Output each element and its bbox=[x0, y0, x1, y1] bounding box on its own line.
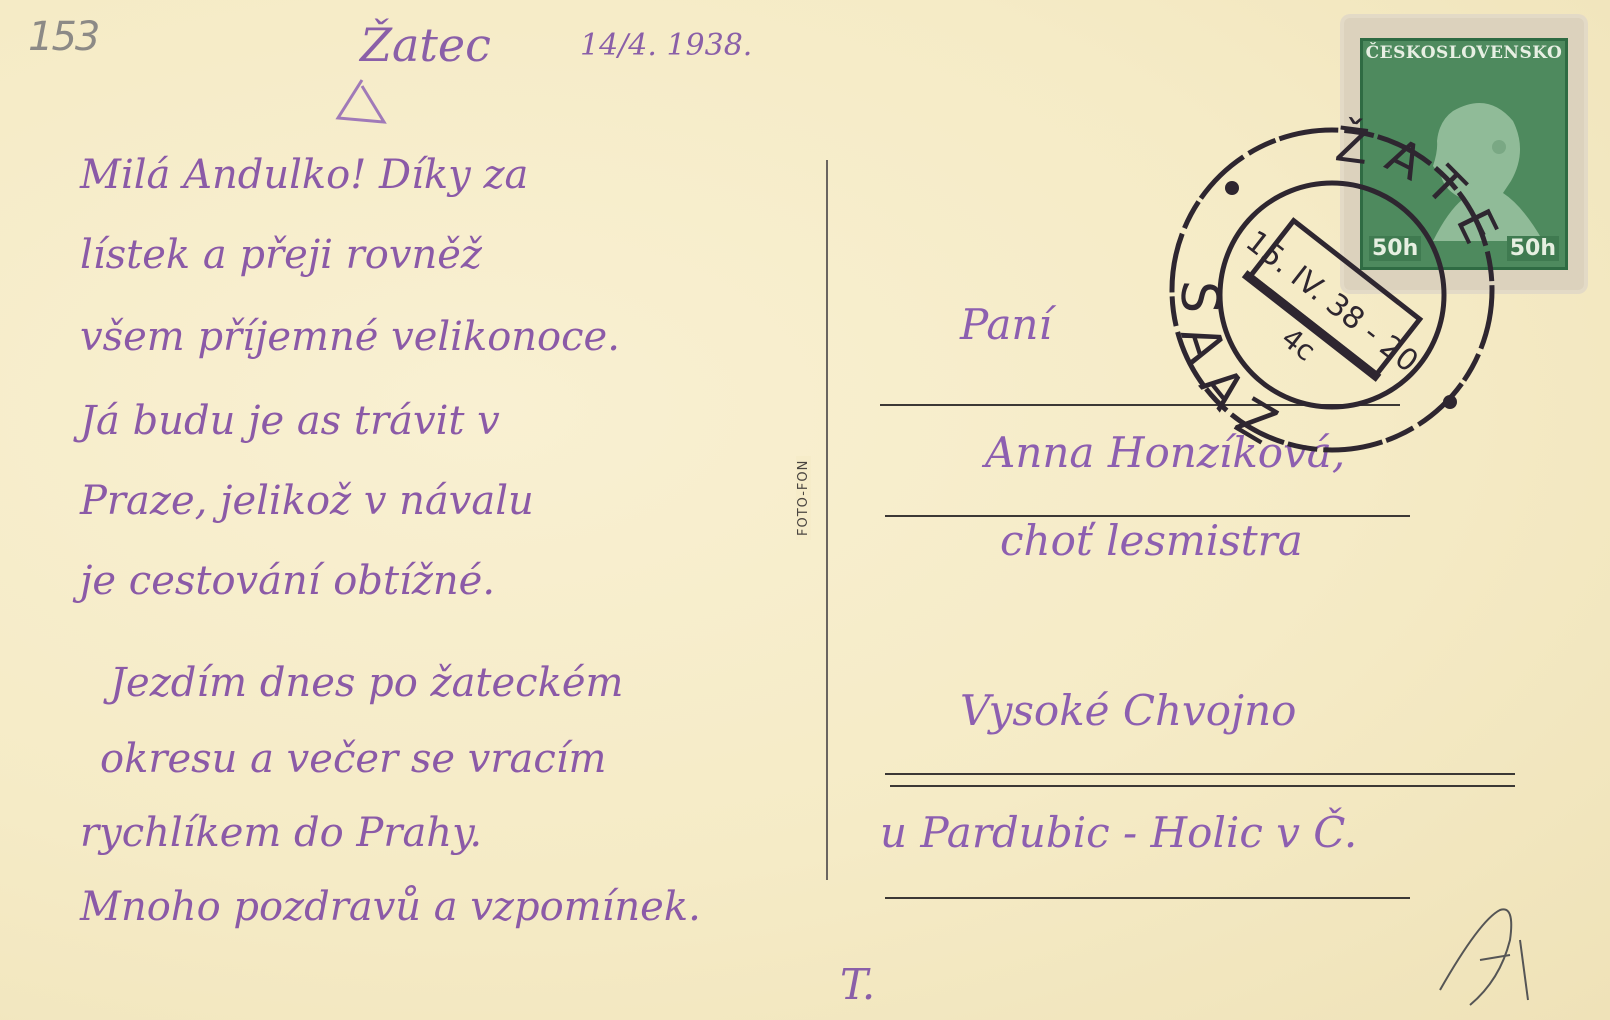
address-place: Vysoké Chvojno bbox=[960, 686, 1296, 735]
publisher-label: FOTO-FON bbox=[796, 456, 811, 540]
address-salutation: Paní bbox=[960, 300, 1052, 349]
stamp-value-right: 50h bbox=[1507, 236, 1559, 261]
message-line: lístek a přeji rovněž bbox=[80, 232, 482, 278]
message-line: Praze, jelikož v návalu bbox=[80, 478, 534, 524]
address-title: choť lesmistra bbox=[1000, 516, 1303, 565]
signature: T. bbox=[840, 960, 875, 1009]
message-line: Já budu je as trávit v bbox=[80, 398, 500, 444]
portrait-icon bbox=[1393, 81, 1543, 241]
monogram-icon bbox=[332, 78, 392, 128]
message-line: Milá Andulko! Díky za bbox=[80, 152, 528, 198]
address-rule bbox=[890, 785, 1515, 787]
pencil-mark-icon bbox=[1430, 900, 1540, 1010]
address-rule bbox=[885, 773, 1515, 775]
svg-text:4c: 4c bbox=[1275, 321, 1321, 367]
postcard-back: 153 Žatec 14/4. 1938. Milá Andulko! Díky… bbox=[0, 0, 1610, 1020]
stamp-country: ČESKOSLOVENSKO bbox=[1363, 43, 1565, 63]
address-name: Anna Honzíková, bbox=[985, 428, 1345, 477]
center-divider bbox=[826, 160, 828, 880]
message-line: je cestování obtížné. bbox=[80, 558, 495, 604]
archive-number: 153 bbox=[28, 14, 98, 60]
message-line: všem příjemné velikonoce. bbox=[80, 314, 620, 360]
message-line: rychlíkem do Prahy. bbox=[80, 810, 482, 856]
postage-stamp: ČESKOSLOVENSKO 50h 50h bbox=[1344, 18, 1584, 290]
header-date: 14/4. 1938. bbox=[580, 28, 752, 63]
header-place: Žatec bbox=[360, 18, 491, 72]
message-line: Mnoho pozdravů a vzpomínek. bbox=[80, 884, 701, 930]
message-line: Jezdím dnes po žateckém bbox=[110, 660, 623, 706]
address-rule bbox=[885, 897, 1410, 899]
address-rule bbox=[880, 404, 1400, 406]
address-region: u Pardubic - Holic v Č. bbox=[880, 808, 1357, 857]
message-line: okresu a večer se vracím bbox=[100, 736, 606, 782]
stamp-value-left: 50h bbox=[1369, 236, 1421, 261]
